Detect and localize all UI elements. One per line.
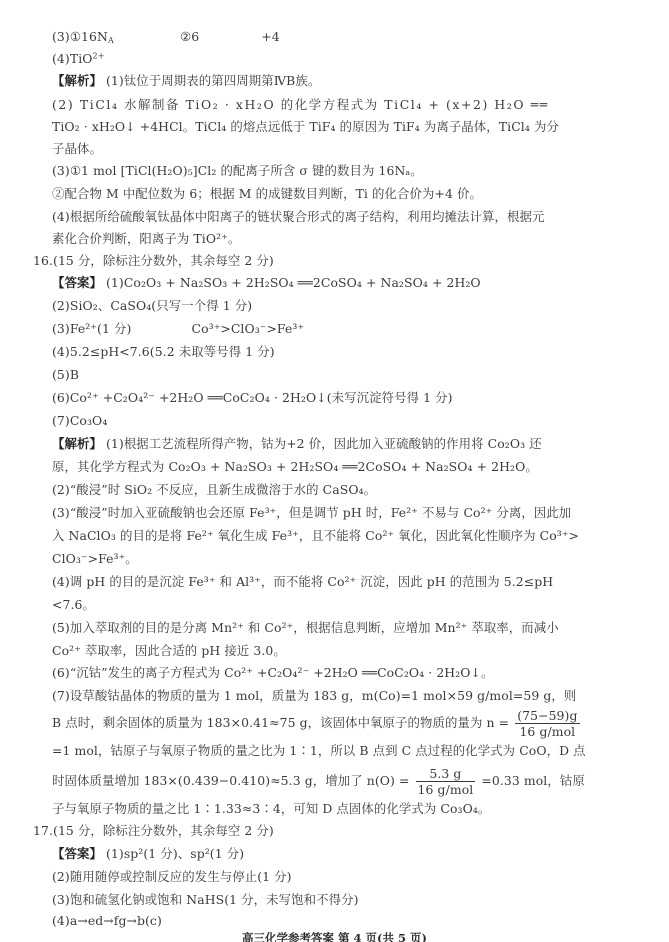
q15-answer-3c: +4 bbox=[261, 29, 279, 44]
analysis-7d-post: =0.33 mol，钴原 bbox=[481, 773, 584, 788]
document-page: (3)①16NA ②6 +4 (4)TiO2+ 【解析】(1)钛位于周期表的第四… bbox=[0, 0, 669, 942]
q16-analysis-7e: 子与氧原子物质的量之比 1∶1.33≈3∶4，可知 D 点固体的化学式为 Co₃… bbox=[52, 800, 619, 818]
q15-answer-3b: ②6 bbox=[180, 29, 199, 44]
analysis-7d-text: 时固体质量增加 183×(0.439−0.410)≈5.3 g，增加了 n(O)… bbox=[52, 773, 409, 788]
answer-tag: 【答案】 bbox=[52, 846, 102, 861]
q15-analysis-2-line2: TiO₂ · xH₂O↓ +4HCl。TiCl₄ 的熔点远低于 TiF₄ 的原因… bbox=[52, 118, 619, 136]
q16-answer-3a: (3)Fe²⁺(1 分) bbox=[52, 321, 131, 336]
q15-answer-4-text: (4)TiO bbox=[52, 51, 93, 66]
q16-answer-3b: Co³⁺>ClO₃⁻>Fe³⁺ bbox=[192, 321, 305, 336]
q16-analysis-7b: B 点时，剩余固体的质量为 183×0.41≈75 g，该固体中氧原子的物质的量… bbox=[52, 706, 619, 740]
q17-answer-2: (2)随用随停或控制反应的发生与停止(1 分) bbox=[52, 868, 619, 886]
q16-analysis-line-0: 【解析】(1)根据工艺流程所得产物，钴为+2 价，因此加入亚硫酸钠的作用将 Co… bbox=[52, 435, 619, 453]
q17-header: 17.(15 分，除标注分数外，其余每空 2 分) bbox=[33, 822, 619, 840]
fraction-denominator: 16 g/mol bbox=[515, 724, 579, 739]
q16-header: 16.(15 分，除标注分数外，其余每空 2 分) bbox=[33, 252, 619, 270]
analysis-tag: 【解析】 bbox=[52, 73, 102, 88]
q16-analysis-line-9: Co²⁺ 萃取率，因此合适的 pH 接近 3.0。 bbox=[52, 642, 619, 660]
q15-analysis-4-line2: 素化合价判断，阳离子为 TiO²⁺。 bbox=[52, 230, 619, 248]
answer-text: (1)Co₂O₃ + Na₂SO₃ + 2H₂SO₄ ══2CoSO₄ + Na… bbox=[106, 275, 481, 290]
fraction-added-oxygen: 5.3 g 16 g/mol bbox=[416, 766, 476, 797]
q15-analysis-2-line1: (2) TiCl₄ 水解制备 TiO₂ · xH₂O 的化学方程式为 TiCl₄… bbox=[52, 96, 619, 114]
q17-answer-3: (3)饱和硫氢化钠或饱和 NaHS(1 分，未写饱和不得分) bbox=[52, 891, 619, 909]
q16-answer-5: (5)B bbox=[52, 366, 619, 384]
q16-answer-3: (3)Fe²⁺(1 分) Co³⁺>ClO₃⁻>Fe³⁺ bbox=[52, 320, 619, 338]
q16-answer-7: (7)Co₃O₄ bbox=[52, 412, 619, 430]
analysis-text: (1)根据工艺流程所得产物，钴为+2 价，因此加入亚硫酸钠的作用将 Co₂O₃ … bbox=[106, 436, 542, 451]
q16-analysis-line-10: (6)“沉钴”发生的离子方程式为 Co²⁺ +C₂O₄²⁻ +2H₂O ══Co… bbox=[52, 664, 619, 682]
q17-answer-4: (4)a→ed→fg→b(c) bbox=[52, 912, 619, 930]
q16-analysis-line-2: (2)“酸浸”时 SiO₂ 不反应，且新生成微溶于水的 CaSO₄。 bbox=[52, 481, 619, 499]
q16-answer-2: (2)SiO₂、CaSO₄(只写一个得 1 分) bbox=[52, 297, 619, 315]
q15-answer-3a: (3)①16N bbox=[52, 29, 108, 44]
q16-analysis-7d: 时固体质量增加 183×(0.439−0.410)≈5.3 g，增加了 n(O)… bbox=[52, 764, 619, 798]
q16-answer-4: (4)5.2≤pH<7.6(5.2 未取等号得 1 分) bbox=[52, 343, 619, 361]
fraction-oxygen-moles: (75−59)g 16 g/mol bbox=[515, 708, 579, 739]
q16-answer-1: 【答案】(1)Co₂O₃ + Na₂SO₃ + 2H₂SO₄ ══2CoSO₄ … bbox=[52, 274, 619, 292]
fraction-denominator: 16 g/mol bbox=[416, 782, 476, 797]
q15-answer-3: (3)①16NA ②6 +4 bbox=[52, 28, 619, 46]
q16-analysis-line-8: (5)加入萃取剂的目的是分离 Mn²⁺ 和 Co²⁺，根据信息判断，应增加 Mn… bbox=[52, 619, 619, 637]
q16-analysis-line-1: 原，其化学方程式为 Co₂O₃ + Na₂SO₃ + 2H₂SO₄ ══2CoS… bbox=[52, 458, 619, 476]
q15-answer-4: (4)TiO2+ bbox=[52, 50, 619, 68]
q16-analysis-line-4: 入 NaClO₃ 的目的是将 Fe²⁺ 氧化生成 Fe³⁺，且不能将 Co²⁺ … bbox=[52, 527, 619, 545]
q16-analysis-line-3: (3)“酸浸”时加入亚硫酸钠也会还原 Fe³⁺，但是调节 pH 时，Fe²⁺ 不… bbox=[52, 504, 619, 522]
q15-analysis-3b: ②配合物 M 中配位数为 6；根据 M 的成键数目判断，Ti 的化合价为+4 价… bbox=[52, 185, 619, 203]
q15-analysis-2-line3: 子晶体。 bbox=[52, 140, 619, 158]
page-footer: 高三化学参考答案 第 4 页(共 5 页) bbox=[0, 930, 669, 942]
q15-analysis-3a: (3)①1 mol [TiCl(H₂O)₅]Cl₂ 的配离子所含 σ 键的数目为… bbox=[52, 162, 619, 180]
fraction-numerator: 5.3 g bbox=[416, 766, 476, 782]
analysis-text: (1)钛位于周期表的第四周期第ⅣB族。 bbox=[106, 73, 320, 88]
fraction-numerator: (75−59)g bbox=[515, 708, 579, 724]
answer-tag: 【答案】 bbox=[52, 275, 102, 290]
q15-analysis-1: 【解析】(1)钛位于周期表的第四周期第ⅣB族。 bbox=[52, 72, 619, 90]
q16-analysis-line-5: ClO₃⁻>Fe³⁺。 bbox=[52, 550, 619, 568]
analysis-tag: 【解析】 bbox=[52, 436, 102, 451]
answer-text: (1)sp²(1 分)、sp²(1 分) bbox=[106, 846, 244, 861]
q16-analysis-line-11: (7)设草酸钴晶体的物质的量为 1 mol，质量为 183 g，m(Co)=1 … bbox=[52, 687, 619, 705]
analysis-7b-text: B 点时，剩余固体的质量为 183×0.41≈75 g，该固体中氧原子的物质的量… bbox=[52, 715, 509, 730]
q16-analysis-line-6: (4)调 pH 的目的是沉淀 Fe³⁺ 和 Al³⁺，而不能将 Co²⁺ 沉淀，… bbox=[52, 573, 619, 591]
q17-answer-1: 【答案】(1)sp²(1 分)、sp²(1 分) bbox=[52, 845, 619, 863]
q15-answer-3a-sub: A bbox=[108, 36, 114, 45]
q16-analysis-line-7: <7.6。 bbox=[52, 596, 619, 614]
q16-analysis-7c: =1 mol，钴原子与氧原子物质的量之比为 1∶1，所以 B 点到 C 点过程的… bbox=[52, 742, 619, 760]
q15-answer-4-sup: 2+ bbox=[93, 52, 105, 61]
q15-analysis-4-line1: (4)根据所给硫酸氧钛晶体中阳离子的链状聚合形式的离子结构，利用均摊法计算，根据… bbox=[52, 208, 619, 226]
q16-answer-6: (6)Co²⁺ +C₂O₄²⁻ +2H₂O ══CoC₂O₄ · 2H₂O↓(未… bbox=[52, 389, 619, 407]
